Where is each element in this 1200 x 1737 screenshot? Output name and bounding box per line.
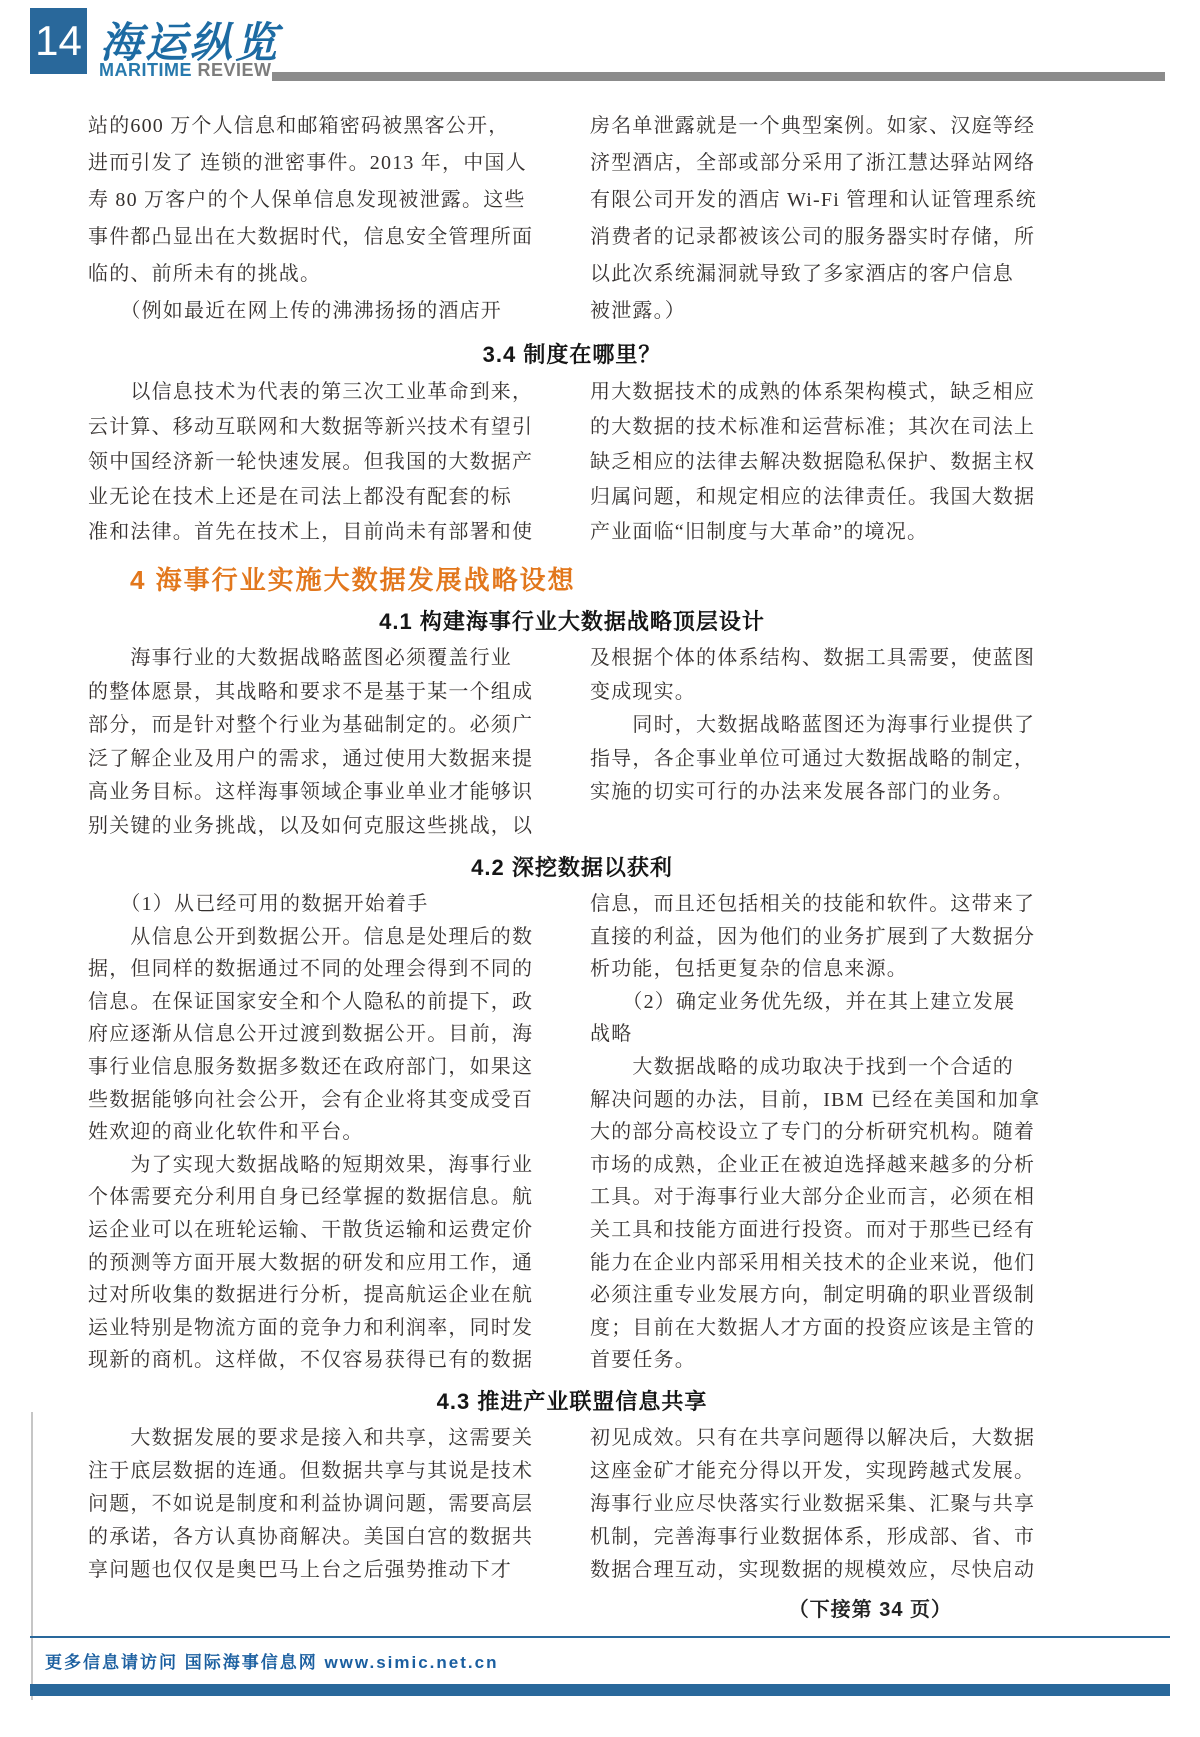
text-line: 以信息技术为代表的第三次工业革命到来， xyxy=(88,375,554,410)
text-line: 部分，而是针对整个行业为基础制定的。必须广 xyxy=(88,709,554,743)
text-line: 运企业可以在班轮运输、干散货运输和运费定价 xyxy=(88,1214,554,1247)
text-line: 析功能，包括更复杂的信息来源。 xyxy=(590,953,1056,986)
column-right: 信息，而且还包括相关的技能和软件。这带来了直接的利益，因为他们的业务扩展到了大数… xyxy=(590,888,1056,1377)
text-line: （2）确定业务优先级，并在其上建立发展 xyxy=(590,986,1056,1019)
text-line: 进而引发了 连锁的泄密事件。2013 年，中国人 xyxy=(88,145,554,182)
text-line: 被泄露。） xyxy=(590,293,1056,330)
subsection-heading: 4.2 深挖数据以获利 xyxy=(88,851,1056,882)
text-line: 泛了解企业及用户的需求，通过使用大数据来提 xyxy=(88,743,554,777)
text-line: 的承诺，各方认真协商解决。美国白宫的数据共 xyxy=(88,1521,554,1554)
chapter-heading: 4 海事行业实施大数据发展战略设想 xyxy=(88,560,1056,597)
text-line: 房名单泄露就是一个典型案例。如家、汉庭等经 xyxy=(590,108,1056,145)
text-line: 业无论在技术上还是在司法上都没有配套的标 xyxy=(88,480,554,515)
text-line: 归属问题，和规定相应的法律责任。我国大数据 xyxy=(590,480,1056,515)
text-line: 指导，各企事业单位可通过大数据战略的制定， xyxy=(590,743,1056,777)
subsection-heading: 3.4 制度在哪里？ xyxy=(88,338,1056,369)
page-edge-line xyxy=(31,1412,33,1700)
text-line: 高业务目标。这样海事领域企事业单业才能够识 xyxy=(88,776,554,810)
text-line: 站的600 万个人信息和邮箱密码被黑客公开， xyxy=(88,108,554,145)
text-line: 别关键的业务挑战，以及如何克服这些挑战，以 xyxy=(88,810,554,844)
text-line: 事行业信息服务数据多数还在政府部门，如果这 xyxy=(88,1051,554,1084)
text-line: 据，但同样的数据通过不同的处理会得到不同的 xyxy=(88,953,554,986)
text-line: 海事行业的大数据战略蓝图必须覆盖行业 xyxy=(88,642,554,676)
text-line: 注于底层数据的连通。但数据共享与其说是技术 xyxy=(88,1455,554,1488)
text-line: 信息，而且还包括相关的技能和软件。这带来了 xyxy=(590,888,1056,921)
column-left: 大数据发展的要求是接入和共享，这需要关注于底层数据的连通。但数据共享与其说是技术… xyxy=(88,1422,554,1587)
text-line: 享问题也仅仅是奥巴马上台之后强势推动下才 xyxy=(88,1554,554,1587)
text-line: 的预测等方面开展大数据的研发和应用工作，通 xyxy=(88,1247,554,1280)
text-line: 用大数据技术的成熟的体系架构模式，缺乏相应 xyxy=(590,375,1056,410)
subsection-heading: 4.3 推进产业联盟信息共享 xyxy=(88,1385,1056,1416)
text-line: 海事行业应尽快落实行业数据采集、汇聚与共享 xyxy=(590,1488,1056,1521)
text-line: 大数据战略的成功取决于找到一个合适的 xyxy=(590,1051,1056,1084)
text-line: 准和法律。首先在技术上，目前尚未有部署和使 xyxy=(88,515,554,550)
text-line: 些数据能够向社会公开，会有企业将其变成受百 xyxy=(88,1084,554,1117)
text-line: 数据合理互动，实现数据的规模效应，尽快启动 xyxy=(590,1554,1056,1587)
text-line: 临的、前所未有的挑战。 xyxy=(88,256,554,293)
column-left: 站的600 万个人信息和邮箱密码被黑客公开，进而引发了 连锁的泄密事件。2013… xyxy=(88,108,554,330)
text-line: 战略 xyxy=(590,1018,1056,1051)
page-number-badge: 14 xyxy=(30,8,87,74)
text-line: 信息。在保证国家安全和个人隐私的前提下，政 xyxy=(88,986,554,1019)
column-right: 用大数据技术的成熟的体系架构模式，缺乏相应的大数据的技术标准和运营标准；其次在司… xyxy=(590,375,1056,550)
text-line: 缺乏相应的法律去解决数据隐私保护、数据主权 xyxy=(590,445,1056,480)
text-line: 大的部分高校设立了专门的分析研究机构。随着 xyxy=(590,1116,1056,1149)
text-line: 度；目前在大数据人才方面的投资应该是主管的 xyxy=(590,1312,1056,1345)
text-line: 问题，不如说是制度和利益协调问题，需要高层 xyxy=(88,1488,554,1521)
text-line: 市场的成熟，企业正在被迫选择越来越多的分析 xyxy=(590,1149,1056,1182)
text-line: 同时，大数据战略蓝图还为海事行业提供了 xyxy=(590,709,1056,743)
text-line: 大数据发展的要求是接入和共享，这需要关 xyxy=(88,1422,554,1455)
text-line: 直接的利益，因为他们的业务扩展到了大数据分 xyxy=(590,921,1056,954)
text-line: （1）从已经可用的数据开始着手 xyxy=(88,888,554,921)
text-columns: 站的600 万个人信息和邮箱密码被黑客公开，进而引发了 连锁的泄密事件。2013… xyxy=(88,108,1056,330)
text-line: 的大数据的技术标准和运营标准；其次在司法上 xyxy=(590,410,1056,445)
text-line: 府应逐渐从信息公开过渡到数据公开。目前，海 xyxy=(88,1018,554,1051)
text-line: 有限公司开发的酒店 Wi-Fi 管理和认证管理系统 xyxy=(590,182,1056,219)
text-columns: 海事行业的大数据战略蓝图必须覆盖行业的整体愿景，其战略和要求不是基于某一个组成部… xyxy=(88,642,1056,843)
text-line: 机制，完善海事行业数据体系，形成部、省、市 xyxy=(590,1521,1056,1554)
text-line: 必须注重专业发展方向，制定明确的职业晋级制 xyxy=(590,1279,1056,1312)
text-columns: （1）从已经可用的数据开始着手 从信息公开到数据公开。信息是处理后的数据，但同样… xyxy=(88,888,1056,1377)
column-right: 初见成效。只有在共享问题得以解决后，大数据这座金矿才能充分得以开发，实现跨越式发… xyxy=(590,1422,1056,1587)
text-line: 能力在企业内部采用相关技术的企业来说，他们 xyxy=(590,1247,1056,1280)
text-line: 领中国经济新一轮快速发展。但我国的大数据产 xyxy=(88,445,554,480)
text-line: 现新的商机。这样做，不仅容易获得已有的数据 xyxy=(88,1344,554,1377)
text-columns: 以信息技术为代表的第三次工业革命到来，云计算、移动互联网和大数据等新兴技术有望引… xyxy=(88,375,1056,550)
column-left: 海事行业的大数据战略蓝图必须覆盖行业的整体愿景，其战略和要求不是基于某一个组成部… xyxy=(88,642,554,843)
text-line: 寿 80 万客户的个人保单信息发现被泄露。这些 xyxy=(88,182,554,219)
text-line: 关工具和技能方面进行投资。而对于那些已经有 xyxy=(590,1214,1056,1247)
text-line: 工具。对于海事行业大部分企业而言，必须在相 xyxy=(590,1181,1056,1214)
footer-thick-rule xyxy=(30,1684,1170,1696)
text-line: 过对所收集的数据进行分析，提高航运企业在航 xyxy=(88,1279,554,1312)
magazine-page: 14 海运纵览 MARITIME REVIEW 站的600 万个人信息和邮箱密码… xyxy=(0,0,1200,1737)
page-number: 14 xyxy=(35,17,82,65)
column-right: 及根据个体的体系结构、数据工具需要，使蓝图变成现实。 同时，大数据战略蓝图还为海… xyxy=(590,642,1056,843)
text-line: 的整体愿景，其战略和要求不是基于某一个组成 xyxy=(88,676,554,710)
column-left: 以信息技术为代表的第三次工业革命到来，云计算、移动互联网和大数据等新兴技术有望引… xyxy=(88,375,554,550)
logo-word-review: REVIEW xyxy=(198,60,272,80)
text-line: 初见成效。只有在共享问题得以解决后，大数据 xyxy=(590,1422,1056,1455)
header-rule xyxy=(272,72,1165,81)
text-line: 为了实现大数据战略的短期效果，海事行业 xyxy=(88,1149,554,1182)
text-line: 实施的切实可行的办法来发展各部门的业务。 xyxy=(590,776,1056,810)
text-line: 这座金矿才能充分得以开发，实现跨越式发展。 xyxy=(590,1455,1056,1488)
text-line: 从信息公开到数据公开。信息是处理后的数 xyxy=(88,921,554,954)
column-left: （1）从已经可用的数据开始着手 从信息公开到数据公开。信息是处理后的数据，但同样… xyxy=(88,888,554,1377)
text-columns: 大数据发展的要求是接入和共享，这需要关注于底层数据的连通。但数据共享与其说是技术… xyxy=(88,1422,1056,1587)
subsection-heading: 4.1 构建海事行业大数据战略顶层设计 xyxy=(88,605,1056,636)
continuation-note: （下接第 34 页） xyxy=(88,1593,1056,1622)
text-line: 事件都凸显出在大数据时代，信息安全管理所面 xyxy=(88,219,554,256)
footer-thin-rule xyxy=(30,1636,1170,1638)
text-line: 首要任务。 xyxy=(590,1344,1056,1377)
text-line: 个体需要充分利用自身已经掌握的数据信息。航 xyxy=(88,1181,554,1214)
text-line: 云计算、移动互联网和大数据等新兴技术有望引 xyxy=(88,410,554,445)
content: 站的600 万个人信息和邮箱密码被黑客公开，进而引发了 连锁的泄密事件。2013… xyxy=(88,108,1056,1622)
text-line: 变成现实。 xyxy=(590,676,1056,710)
text-line: 消费者的记录都被该公司的服务器实时存储，所 xyxy=(590,219,1056,256)
text-line: 以此次系统漏洞就导致了多家酒店的客户信息 xyxy=(590,256,1056,293)
text-line: 姓欢迎的商业化软件和平台。 xyxy=(88,1116,554,1149)
logo-word-maritime: MARITIME xyxy=(99,60,192,80)
text-line: 产业面临“旧制度与大革命”的境况。 xyxy=(590,515,1056,550)
magazine-logo-english: MARITIME REVIEW xyxy=(99,60,272,81)
footer-text: 更多信息请访问 国际海事信息网 www.simic.net.cn xyxy=(45,1648,498,1673)
text-line: 济型酒店，全部或部分采用了浙江慧达驿站网络 xyxy=(590,145,1056,182)
text-line: （例如最近在网上传的沸沸扬扬的酒店开 xyxy=(88,293,554,330)
text-line: 解决问题的办法，目前，IBM 已经在美国和加拿 xyxy=(590,1084,1056,1117)
text-line: 运业特别是物流方面的竞争力和利润率，同时发 xyxy=(88,1312,554,1345)
column-right: 房名单泄露就是一个典型案例。如家、汉庭等经济型酒店，全部或部分采用了浙江慧达驿站… xyxy=(590,108,1056,330)
text-line: 及根据个体的体系结构、数据工具需要，使蓝图 xyxy=(590,642,1056,676)
